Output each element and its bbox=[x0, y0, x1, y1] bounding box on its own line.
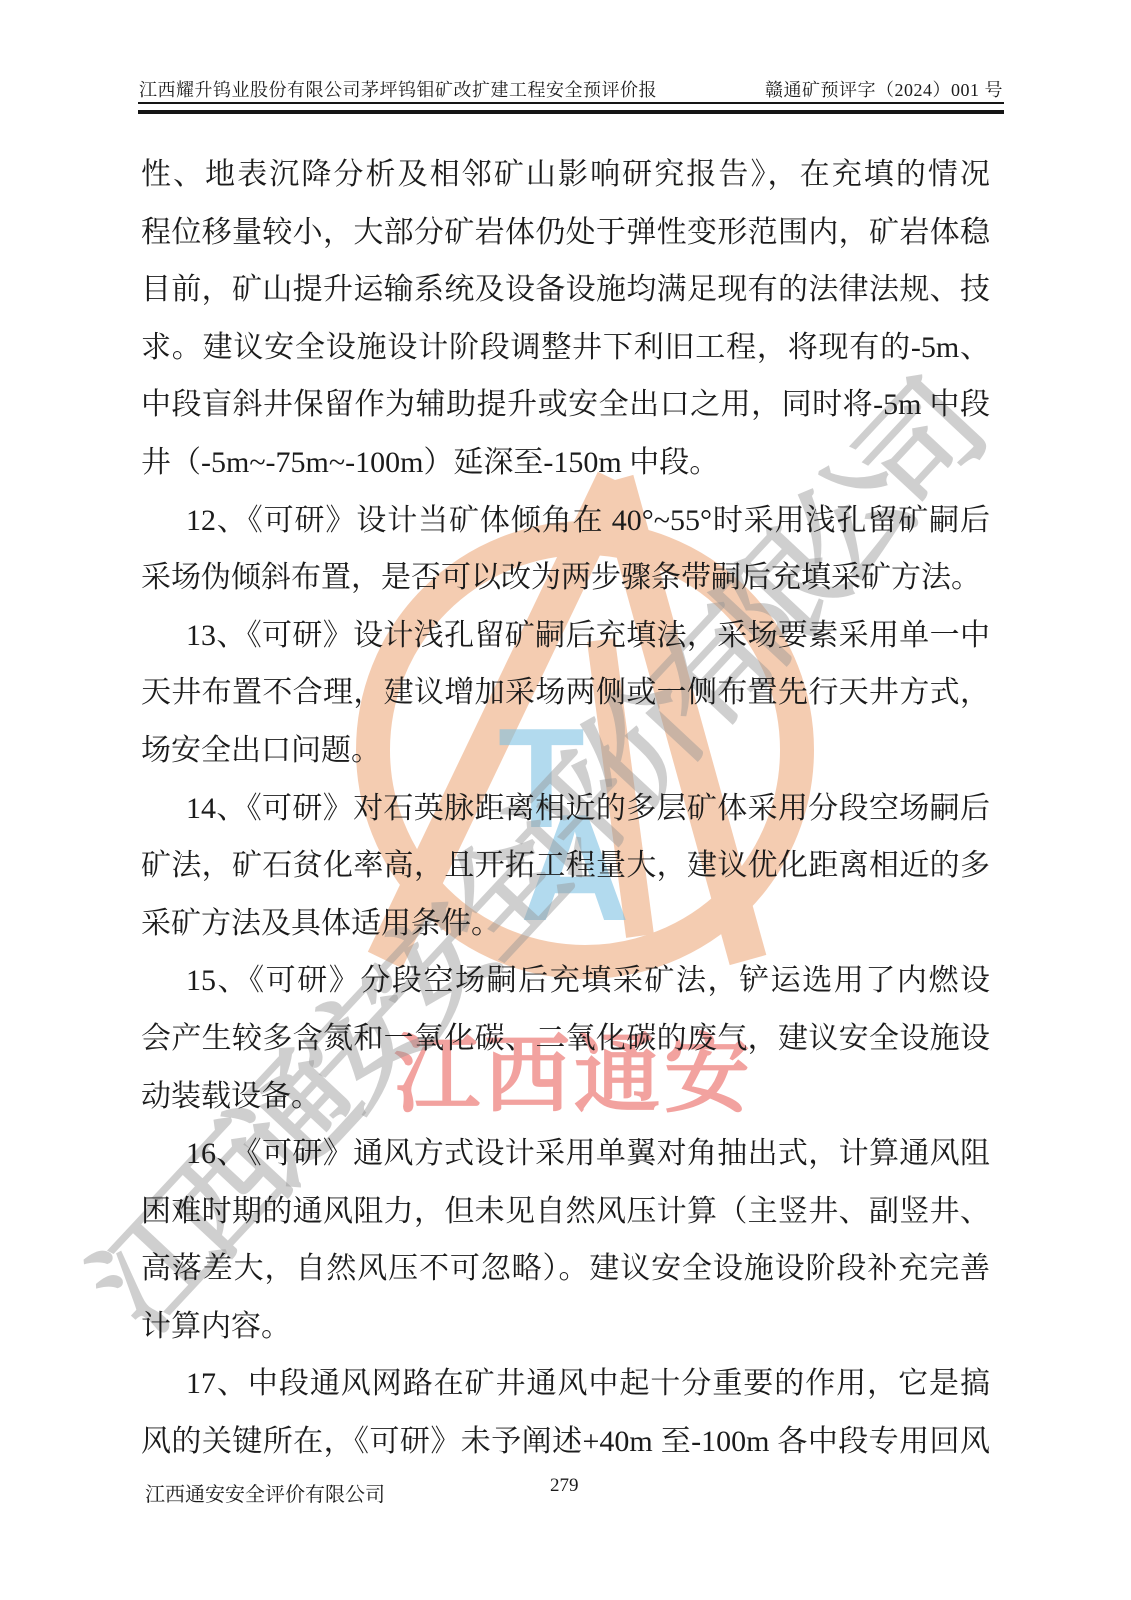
body-line: 求。建议安全设施设计阶段调整井下利旧工程，将现有的-5m、+80m、-52m bbox=[141, 319, 990, 377]
body-line: 性、地表沉降分析及相邻矿山影响研究报告》，在充填的情况下，井巷工 bbox=[141, 146, 990, 204]
footer-company: 江西通安安全评价有限公司 bbox=[145, 1478, 385, 1507]
body-line: 场安全出口问题。 bbox=[141, 722, 990, 780]
body-line: 16、《可研》通风方式设计采用单翼对角抽出式，计算通风阻力容易、 bbox=[141, 1125, 990, 1183]
body-line: 12、《可研》设计当矿体倾角在 40°~55°时采用浅孔留矿嗣后充填法， bbox=[141, 492, 990, 550]
header-title: 江西耀升钨业股份有限公司茅坪钨钼矿改扩建工程安全预评价报 bbox=[139, 76, 657, 102]
body-line: 风的关键所在，《可研》未予阐述+40m 至-100m 各中段专用回风巷。建议 bbox=[141, 1413, 990, 1471]
body-line: 矿法，矿石贫化率高，且开拓工程量大，建议优化距离相近的多层矿体的 bbox=[141, 837, 990, 895]
body-line: 程位移量较小，大部分矿岩体仍处于弹性变形范围内，矿岩体稳定性较好。 bbox=[141, 204, 990, 262]
body-line: 17、中段通风网路在矿井通风中起十分重要的作用，它是搞好矿井通 bbox=[141, 1355, 990, 1413]
body-line: 14、《可研》对石英脉距离相近的多层矿体采用分段空场嗣后充填采 bbox=[141, 780, 990, 838]
body-line: 高落差大，自然风压不可忽略）。建议安全设施设阶段补充完善通风阻力 bbox=[141, 1240, 990, 1298]
body-line: 15、《可研》分段空场嗣后充填采矿法，铲运选用了内燃设备，运行中 bbox=[141, 952, 990, 1010]
body-line: 井（-5m~-75m~-100m）延深至-150m 中段。 bbox=[141, 434, 990, 492]
body-line: 采矿方法及具体适用条件。 bbox=[141, 895, 990, 953]
header-rule-thin bbox=[138, 102, 1004, 104]
body-line: 计算内容。 bbox=[141, 1298, 990, 1356]
header-rule-thick bbox=[138, 110, 1004, 114]
footer-page-number: 279 bbox=[550, 1475, 579, 1497]
body-text: 性、地表沉降分析及相邻矿山影响研究报告》，在充填的情况下，井巷工 程位移量较小，… bbox=[141, 146, 990, 1471]
body-line: 13、《可研》设计浅孔留矿嗣后充填法，采场要素采用单一中央先行 bbox=[141, 607, 990, 665]
body-line: 动装载设备。 bbox=[141, 1068, 990, 1126]
document-page: T A 江西通安 江西通安安全评价有限公司 江西耀升钨业股份有限公司茅坪钨钼矿改… bbox=[0, 0, 1131, 1600]
body-line: 中段盲斜井保留作为辅助提升或安全出口之用，同时将-5m 中段 310 盲斜 bbox=[141, 376, 990, 434]
body-line: 天井布置不合理，建议增加采场两侧或一侧布置先行天井方式，以解决采 bbox=[141, 664, 990, 722]
page-content: 江西耀升钨业股份有限公司茅坪钨钼矿改扩建工程安全预评价报 赣通矿预评字（2024… bbox=[0, 0, 1131, 1600]
body-line: 会产生较多含氮和一氧化碳、二氧化碳的废气，建议安全设施设计采用电 bbox=[141, 1010, 990, 1068]
body-line: 目前，矿山提升运输系统及设备设施均满足现有的法律法规、技术规范要 bbox=[141, 261, 990, 319]
body-line: 困难时期的通风阻力，但未见自然风压计算（主竖井、副竖井、回风井标 bbox=[141, 1183, 990, 1241]
header-doc-number: 赣通矿预评字（2024）001 号 bbox=[765, 76, 1003, 102]
body-line: 采场伪倾斜布置，是否可以改为两步骤条带嗣后充填采矿方法。 bbox=[141, 549, 990, 607]
